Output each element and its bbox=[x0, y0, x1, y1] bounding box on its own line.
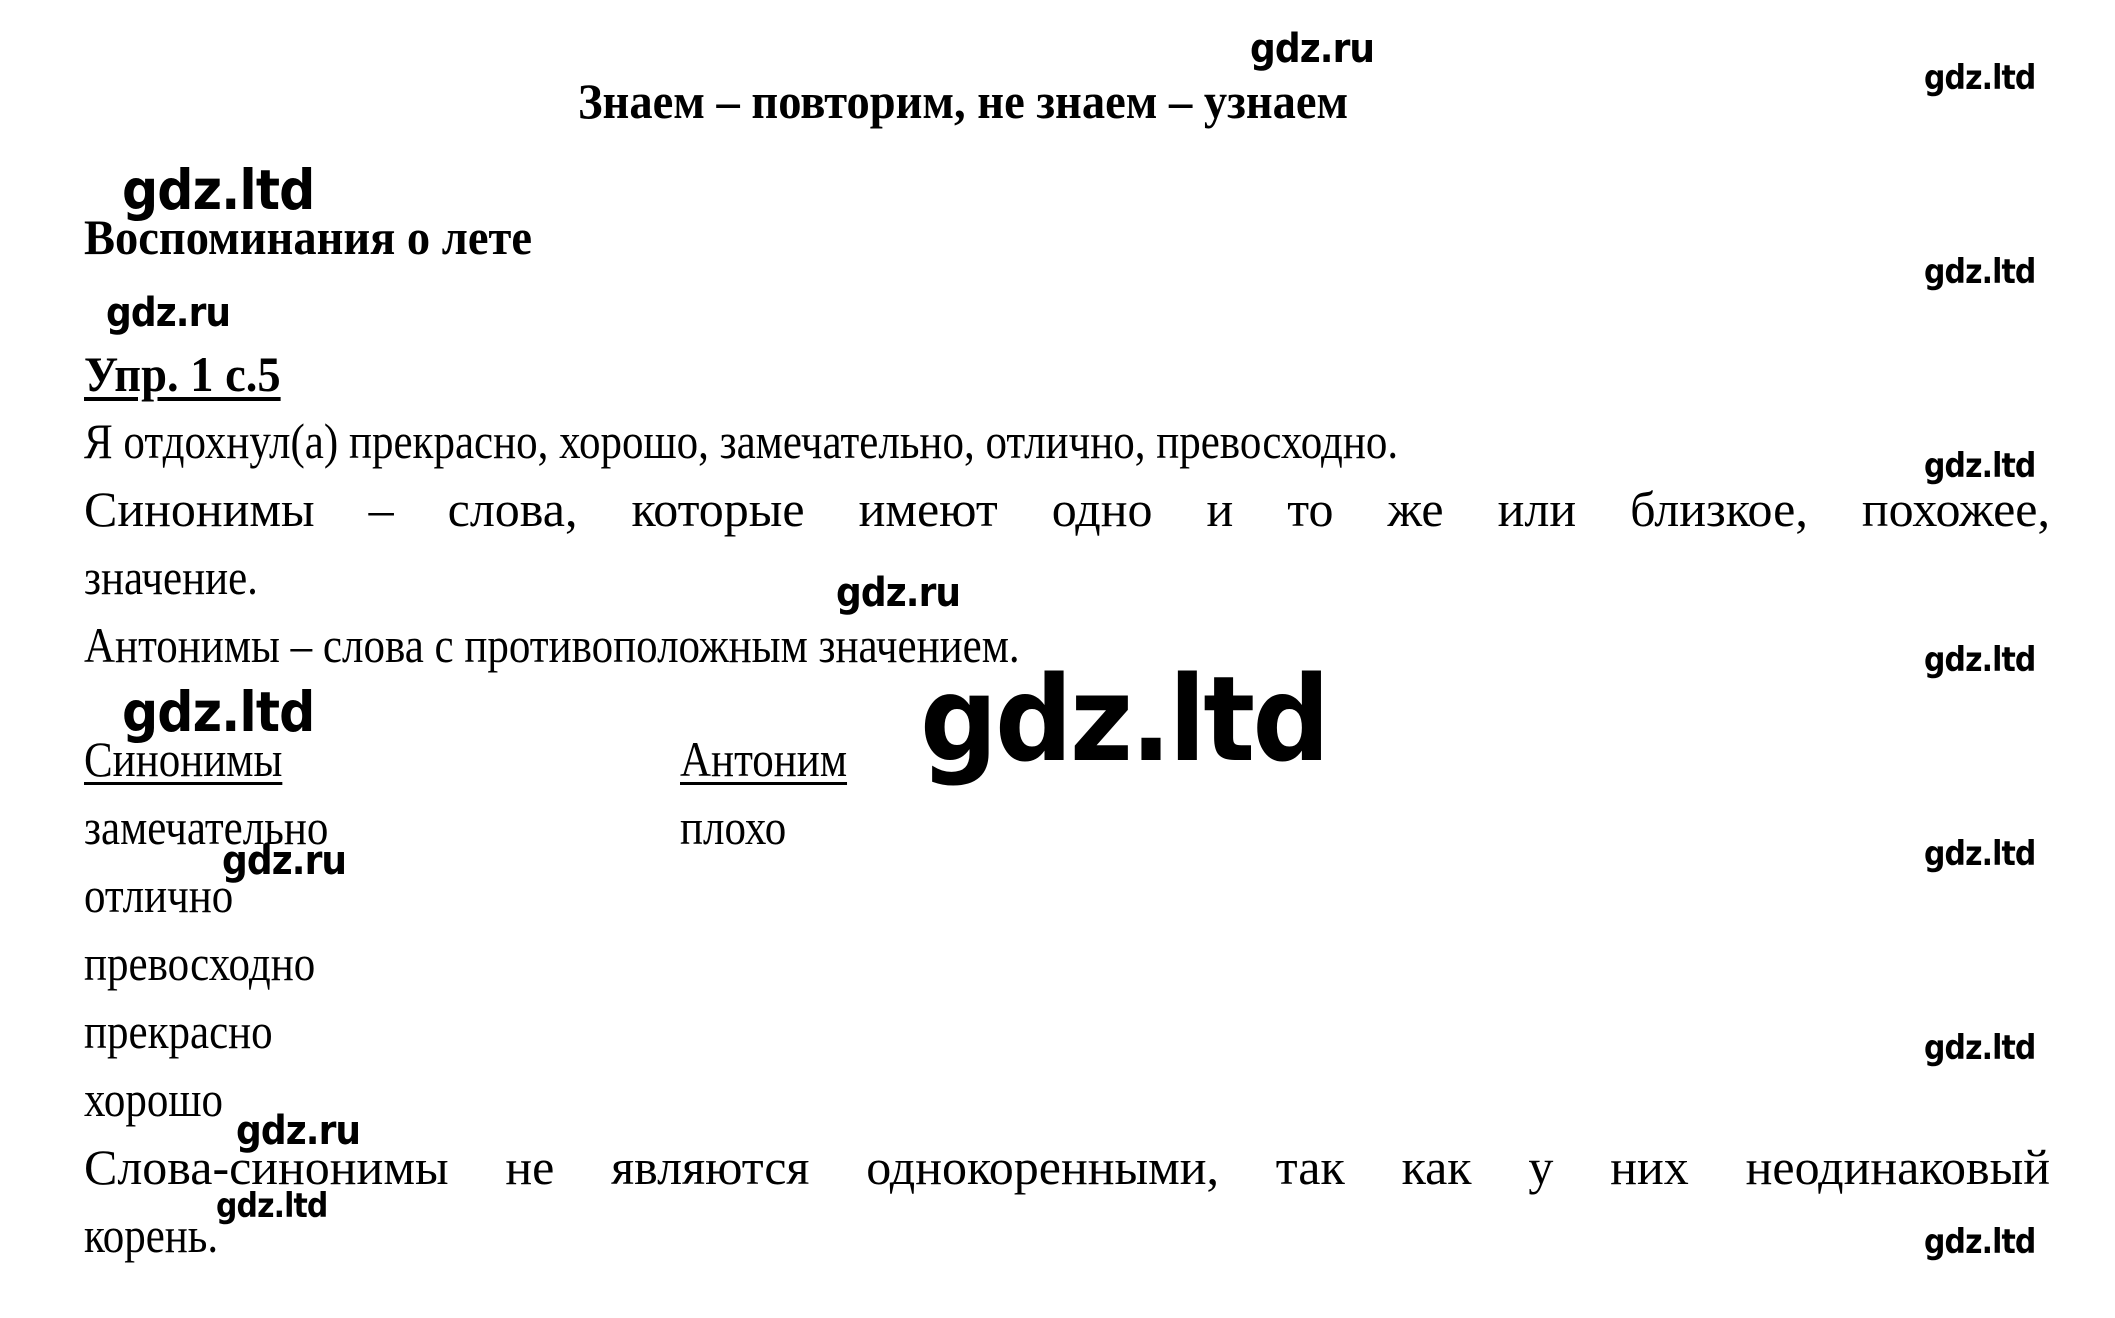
watermark-gdz-ru: gdz.ru bbox=[222, 838, 346, 884]
conclusion-text: Слова-синонимы не являются однокоренными… bbox=[84, 1139, 2050, 1195]
section-title: Воспоминания о лете bbox=[84, 208, 532, 266]
watermark-gdz-ltd: gdz.ltd bbox=[1924, 58, 2035, 98]
watermark-gdz-ltd: gdz.ltd bbox=[1924, 834, 2035, 874]
watermark-gdz-ru: gdz.ru bbox=[106, 290, 230, 336]
antonym-item: плохо bbox=[680, 798, 786, 856]
exercise-heading: Упр. 1 с.5 bbox=[84, 345, 281, 403]
watermark-gdz-ltd: gdz.ltd bbox=[1924, 1222, 2035, 1262]
page-title: Знаем – повторим, не знаем – узнаем bbox=[578, 72, 1348, 130]
synonym-item: превосходно bbox=[84, 934, 315, 992]
synonym-item: прекрасно bbox=[84, 1002, 273, 1060]
watermark-gdz-ltd: gdz.ltd bbox=[1924, 252, 2035, 292]
definition-synonyms: Синонимы – слова, которые имеют одно и т… bbox=[84, 480, 2050, 540]
definition-synonyms-end: значение. bbox=[84, 548, 258, 606]
synonym-item: отлично bbox=[84, 866, 233, 924]
watermark-gdz-ltd-large: gdz.ltd bbox=[920, 650, 1327, 788]
conclusion-line-1: Слова-синонимы не являются однокоренными… bbox=[84, 1138, 2050, 1198]
watermark-gdz-ru: gdz.ru bbox=[1250, 26, 1374, 72]
definition-synonyms-text: Синонимы – слова, которые имеют одно и т… bbox=[84, 481, 2050, 537]
synonym-item: хорошо bbox=[84, 1070, 223, 1128]
answer-line-1: Я отдохнул(а) прекрасно, хорошо, замечат… bbox=[84, 412, 1398, 470]
synonyms-column-header: Синонимы bbox=[84, 730, 282, 788]
watermark-gdz-ltd: gdz.ltd bbox=[1924, 640, 2035, 680]
watermark-gdz-ru: gdz.ru bbox=[836, 570, 960, 616]
antonym-column-header: Антоним bbox=[680, 730, 847, 788]
watermark-gdz-ltd: gdz.ltd bbox=[1924, 1028, 2035, 1068]
definition-antonyms: Антонимы – слова с противоположным значе… bbox=[84, 616, 1020, 674]
watermark-gdz-ltd: gdz.ltd bbox=[216, 1186, 327, 1226]
conclusion-line-2: корень. bbox=[84, 1206, 218, 1264]
